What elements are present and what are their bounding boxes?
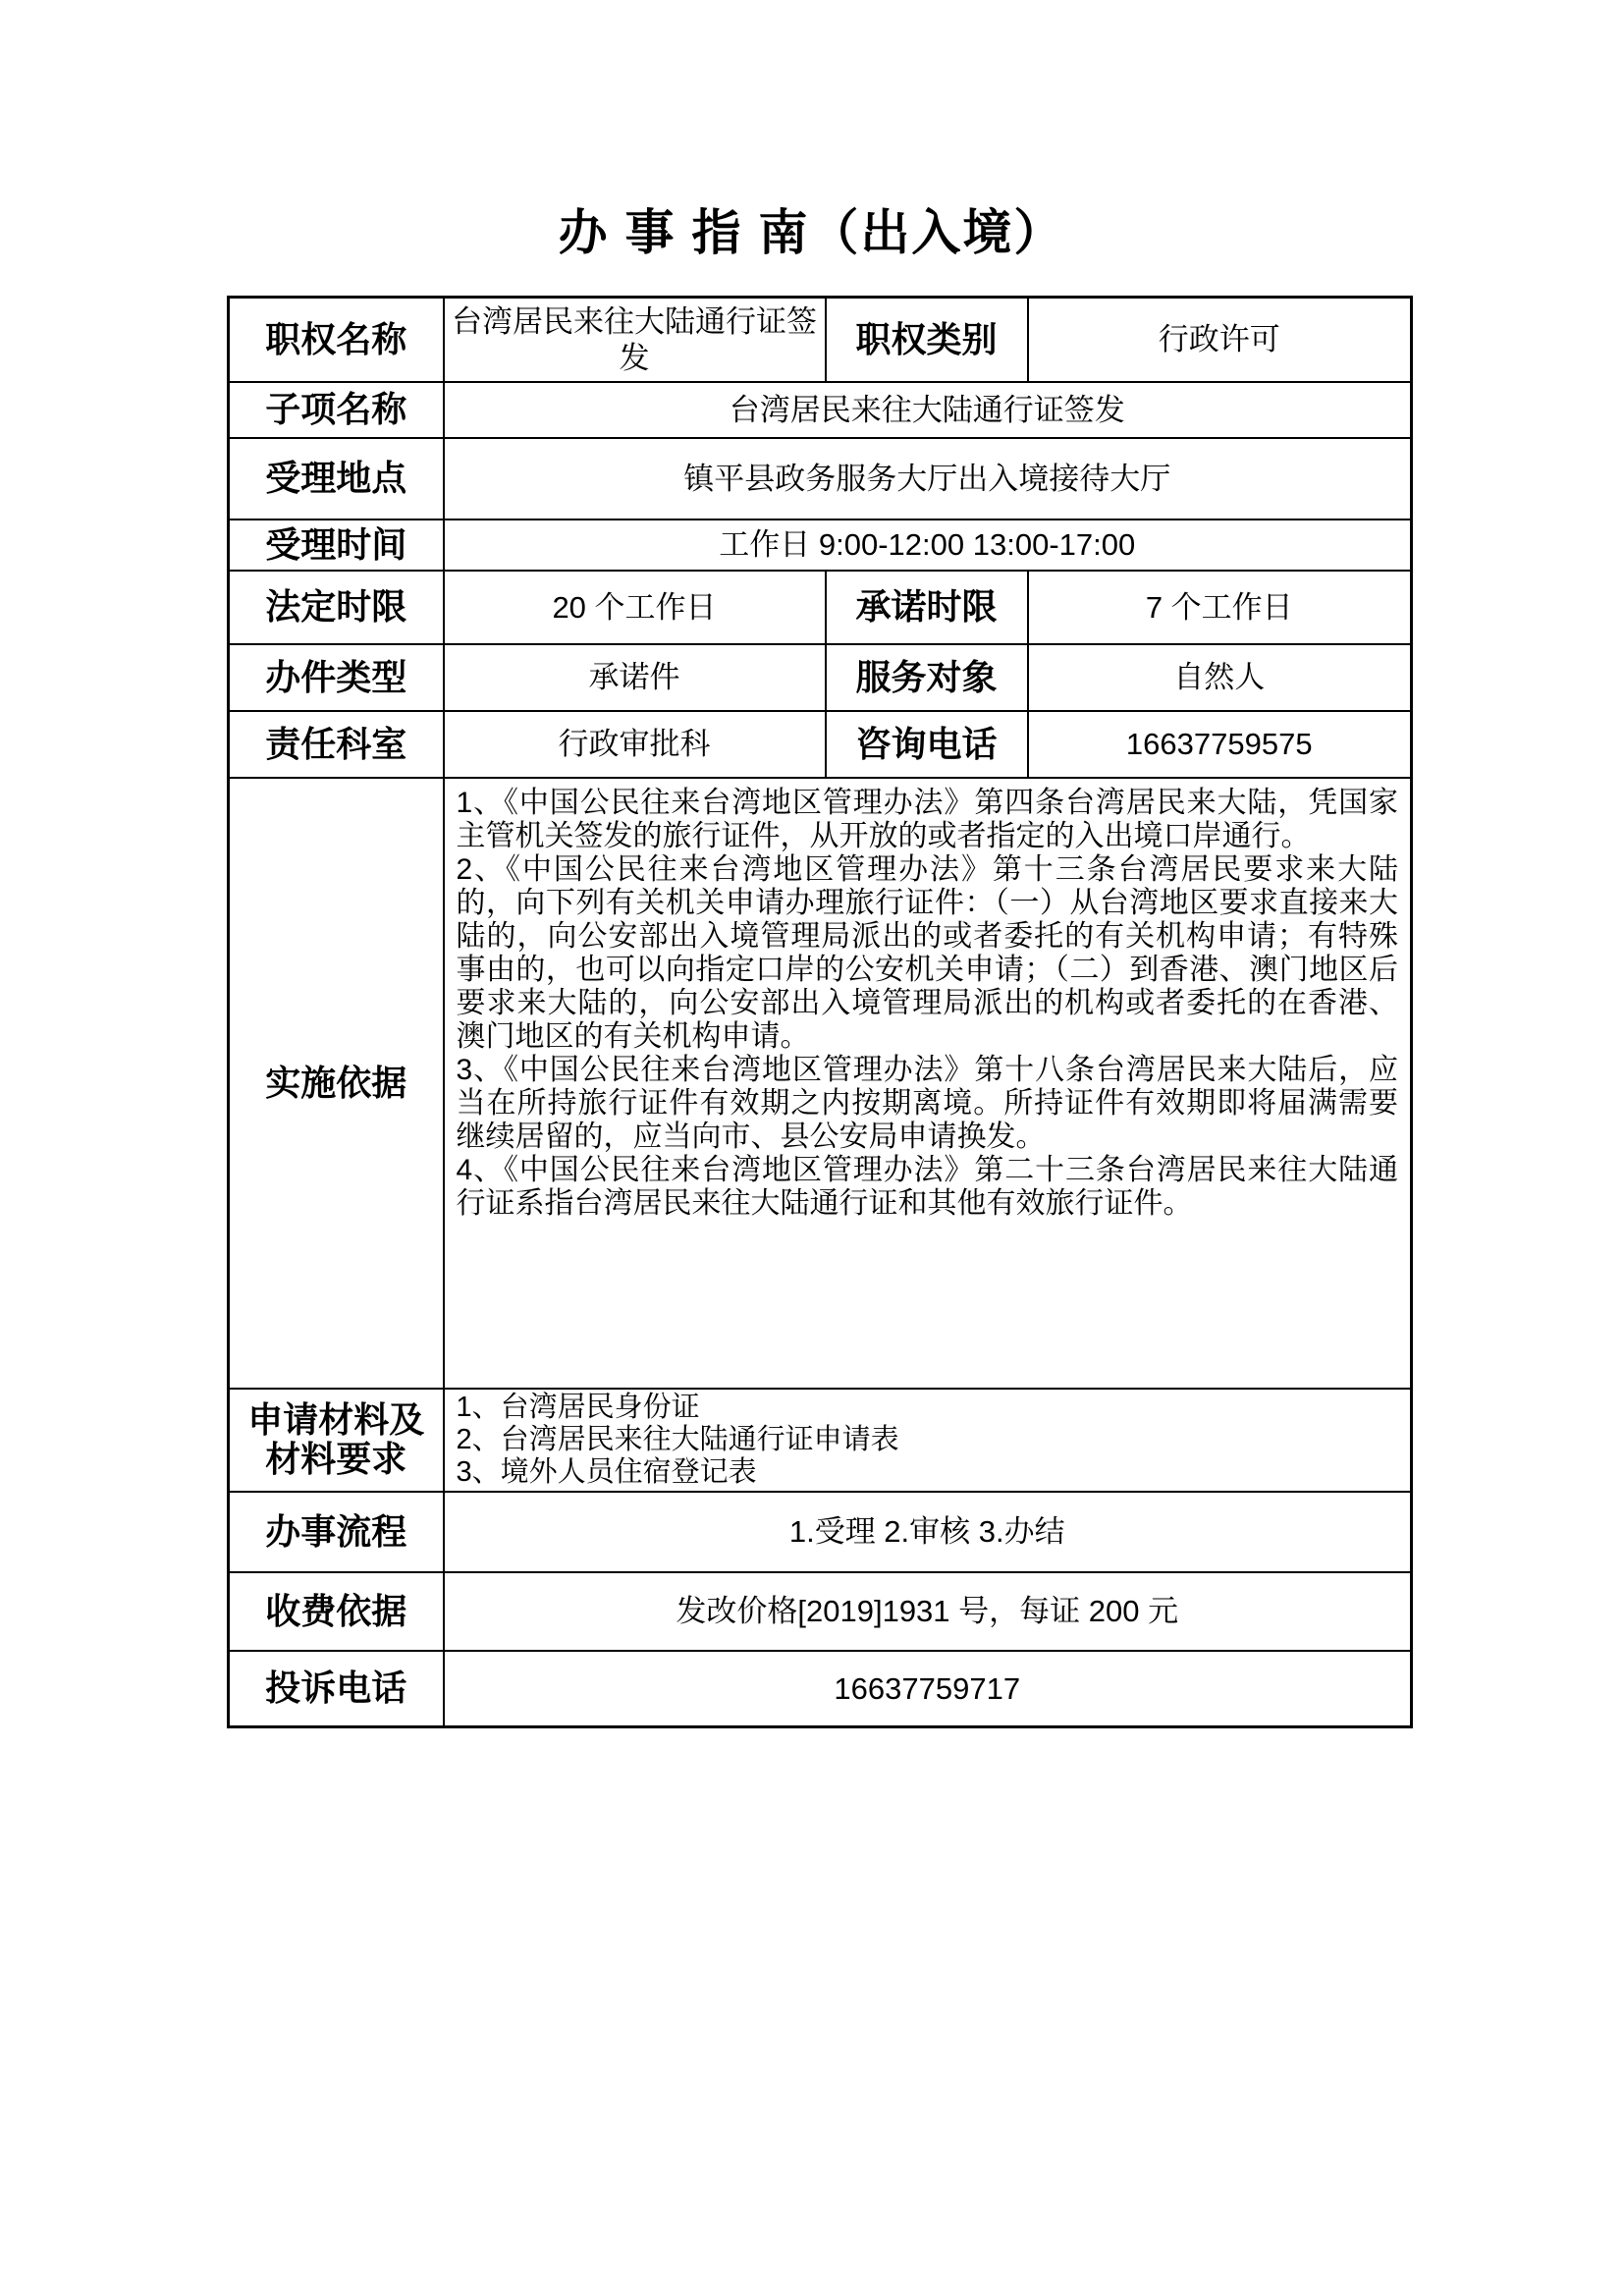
document-page: 办 事 指 南（出入境） 职权名称 台湾居民来往大陆通行证签发 职权类别 行政许… (0, 0, 1623, 2296)
value-acceptance-time: 工作日 9:00-12:00 13:00-17:00 (444, 519, 1412, 571)
value-acceptance-place: 镇平县政务服务大厅出入境接待大厅 (444, 438, 1412, 519)
row-process: 办事流程 1.受理 2.审核 3.办结 (229, 1492, 1412, 1572)
page-title: 办 事 指 南（出入境） (0, 0, 1623, 260)
value-fee-basis: 发改价格[2019]1931 号，每证 200 元 (444, 1572, 1412, 1651)
value-subitem-name: 台湾居民来往大陆通行证签发 (444, 382, 1412, 438)
label-acceptance-place: 受理地点 (229, 438, 444, 519)
value-item-type: 承诺件 (444, 644, 826, 711)
value-promised-limit: 7 个工作日 (1028, 571, 1412, 644)
value-application-materials: 1、台湾居民身份证 2、台湾居民来往大陆通行证申请表 3、境外人员住宿登记表 (444, 1389, 1412, 1492)
value-complaint-phone: 16637759717 (444, 1651, 1412, 1727)
basis-paragraph-1: 1、《中国公民往来台湾地区管理办法》第四条台湾居民来大陆，凭国家主管机关签发的旅… (457, 787, 1399, 853)
row-complaint-phone: 投诉电话 16637759717 (229, 1651, 1412, 1727)
label-application-materials: 申请材料及 材料要求 (229, 1389, 444, 1492)
label-fee-basis: 收费依据 (229, 1572, 444, 1651)
row-fee-basis: 收费依据 发改价格[2019]1931 号，每证 200 元 (229, 1572, 1412, 1651)
label-application-materials-line2: 材料要求 (236, 1440, 437, 1479)
material-item-1: 1、台湾居民身份证 (457, 1392, 1399, 1424)
value-service-target: 自然人 (1028, 644, 1412, 711)
label-promised-limit: 承诺时限 (826, 571, 1028, 644)
label-process: 办事流程 (229, 1492, 444, 1572)
row-subitem: 子项名称 台湾居民来往大陆通行证签发 (229, 382, 1412, 438)
label-application-materials-line1: 申请材料及 (236, 1400, 437, 1440)
label-responsible-section: 责任科室 (229, 711, 444, 778)
row-item-type: 办件类型 承诺件 服务对象 自然人 (229, 644, 1412, 711)
label-consult-phone: 咨询电话 (826, 711, 1028, 778)
row-time-limits: 法定时限 20 个工作日 承诺时限 7 个工作日 (229, 571, 1412, 644)
value-authority-name: 台湾居民来往大陆通行证签发 (444, 298, 826, 382)
basis-paragraph-4: 4、《中国公民往来台湾地区管理办法》第二十三条台湾居民来往大陆通行证系指台湾居民… (457, 1154, 1399, 1221)
label-complaint-phone: 投诉电话 (229, 1651, 444, 1727)
label-authority-type: 职权类别 (826, 298, 1028, 382)
label-item-type: 办件类型 (229, 644, 444, 711)
value-consult-phone: 16637759575 (1028, 711, 1412, 778)
service-guide-table: 职权名称 台湾居民来往大陆通行证签发 职权类别 行政许可 子项名称 台湾居民来往… (227, 296, 1413, 1728)
value-authority-type: 行政许可 (1028, 298, 1412, 382)
label-subitem-name: 子项名称 (229, 382, 444, 438)
value-statutory-limit: 20 个工作日 (444, 571, 826, 644)
material-item-2: 2、台湾居民来往大陆通行证申请表 (457, 1424, 1399, 1456)
label-statutory-limit: 法定时限 (229, 571, 444, 644)
row-implementation-basis: 实施依据 1、《中国公民往来台湾地区管理办法》第四条台湾居民来大陆，凭国家主管机… (229, 778, 1412, 1389)
row-responsible-section: 责任科室 行政审批科 咨询电话 16637759575 (229, 711, 1412, 778)
label-authority-name: 职权名称 (229, 298, 444, 382)
basis-paragraph-3: 3、《中国公民往来台湾地区管理办法》第十八条台湾居民来大陆后，应当在所持旅行证件… (457, 1054, 1399, 1154)
label-implementation-basis: 实施依据 (229, 778, 444, 1389)
basis-paragraph-2: 2、《中国公民往来台湾地区管理办法》第十三条台湾居民要求来大陆的，向下列有关机关… (457, 853, 1399, 1054)
row-acceptance-place: 受理地点 镇平县政务服务大厅出入境接待大厅 (229, 438, 1412, 519)
row-authority: 职权名称 台湾居民来往大陆通行证签发 职权类别 行政许可 (229, 298, 1412, 382)
label-service-target: 服务对象 (826, 644, 1028, 711)
value-responsible-section: 行政审批科 (444, 711, 826, 778)
row-application-materials: 申请材料及 材料要求 1、台湾居民身份证 2、台湾居民来往大陆通行证申请表 3、… (229, 1389, 1412, 1492)
material-item-3: 3、境外人员住宿登记表 (457, 1456, 1399, 1489)
value-process: 1.受理 2.审核 3.办结 (444, 1492, 1412, 1572)
label-acceptance-time: 受理时间 (229, 519, 444, 571)
value-implementation-basis: 1、《中国公民往来台湾地区管理办法》第四条台湾居民来大陆，凭国家主管机关签发的旅… (444, 778, 1412, 1389)
row-acceptance-time: 受理时间 工作日 9:00-12:00 13:00-17:00 (229, 519, 1412, 571)
